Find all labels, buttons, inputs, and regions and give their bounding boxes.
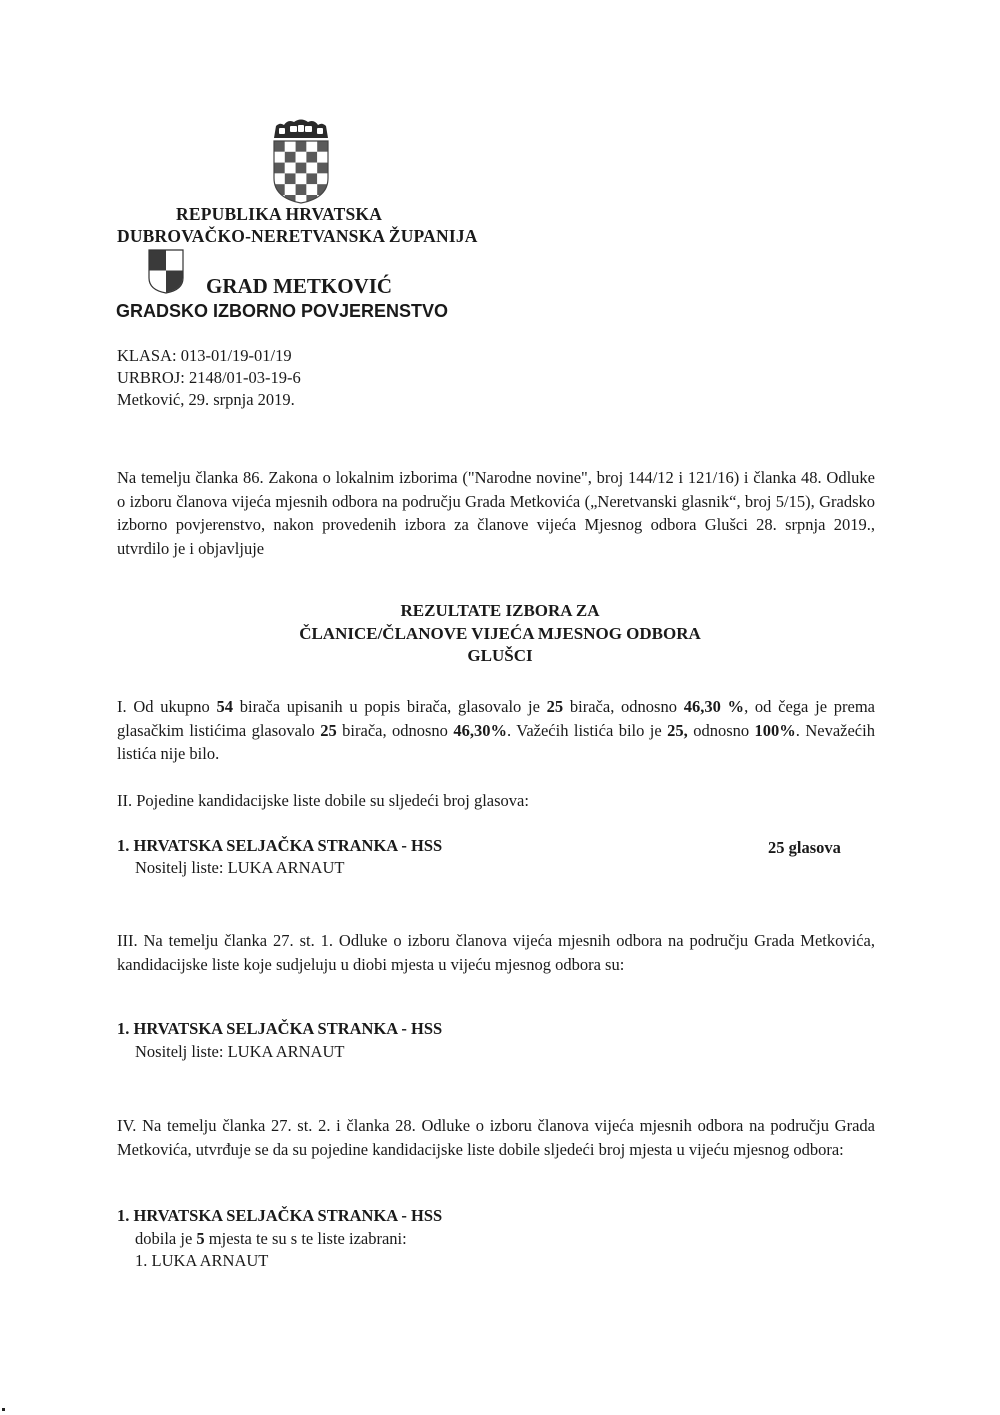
section-3-list-holder: Nositelj liste: LUKA ARNAUT	[135, 1042, 344, 1062]
section-4-party: 1. HRVATSKA SELJAČKA STRANKA - HSS	[117, 1206, 442, 1226]
document-title: REZULTATE IZBORA ZA ČLANICE/ČLANOVE VIJE…	[230, 600, 770, 668]
elected-member: 1. LUKA ARNAUT	[135, 1251, 268, 1271]
text: birača, odnosno	[563, 697, 684, 716]
section-3-party: 1. HRVATSKA SELJAČKA STRANKA - HSS	[117, 1019, 442, 1039]
section-2-votes: 25 glasova	[768, 838, 841, 858]
metkovic-city-crest-icon	[147, 248, 185, 294]
section-1-turnout: I. Od ukupno 54 birača upisanih u popis …	[117, 695, 875, 766]
header-county: DUBROVAČKO-NERETVANSKA ŽUPANIJA	[117, 226, 478, 247]
title-line-2: ČLANICE/ČLANOVE VIJEĆA MJESNOG ODBORA	[230, 623, 770, 646]
title-line-1: REZULTATE IZBORA ZA	[230, 600, 770, 623]
registered-voters: 54	[217, 697, 234, 716]
reference-klasa: KLASA: 013-01/19-01/19	[117, 345, 292, 367]
ballot-voted-count: 25	[320, 721, 337, 740]
reference-place-date: Metković, 29. srpnja 2019.	[117, 389, 295, 411]
ballot-turnout-percent: 46,30%	[453, 721, 507, 740]
reference-urbroj: URBROJ: 2148/01-03-19-6	[117, 367, 301, 389]
header-republic: REPUBLIKA HRVATSKA	[176, 204, 382, 225]
turnout-percent: 46,30 %	[684, 697, 744, 716]
title-line-3: GLUŠCI	[230, 645, 770, 668]
text: odnosno	[688, 721, 755, 740]
valid-ballots: 25,	[667, 721, 688, 740]
text: birača, odnosno	[337, 721, 454, 740]
section-4-seats: dobila je 5 mjesta te su s te liste izab…	[135, 1229, 407, 1249]
section-2-text: II. Pojedine kandidacijske liste dobile …	[117, 789, 875, 813]
section-2-party: 1. HRVATSKA SELJAČKA STRANKA - HSS	[117, 836, 442, 856]
text: I. Od ukupno	[117, 697, 217, 716]
section-3-text: III. Na temelju članka 27. st. 1. Odluke…	[117, 929, 875, 976]
section-2-list-holder: Nositelj liste: LUKA ARNAUT	[135, 858, 344, 878]
valid-percent: 100%	[755, 721, 796, 740]
text: dobila je	[135, 1229, 196, 1248]
scan-artifact	[2, 1408, 5, 1411]
text: . Važećih listića bilo je	[507, 721, 667, 740]
croatian-coat-of-arms-icon	[268, 116, 334, 204]
intro-paragraph: Na temelju članka 86. Zakona o lokalnim …	[117, 466, 875, 560]
section-4-text: IV. Na temelju članka 27. st. 2. i člank…	[117, 1114, 875, 1161]
text: mjesta te su s te liste izabrani:	[205, 1229, 407, 1248]
seat-count: 5	[196, 1229, 204, 1248]
header-commission: GRADSKO IZBORNO POVJERENSTVO	[116, 301, 448, 322]
header-city: GRAD METKOVIĆ	[206, 274, 392, 299]
text: birača upisanih u popis birača, glasoval…	[233, 697, 547, 716]
voted-count: 25	[547, 697, 564, 716]
